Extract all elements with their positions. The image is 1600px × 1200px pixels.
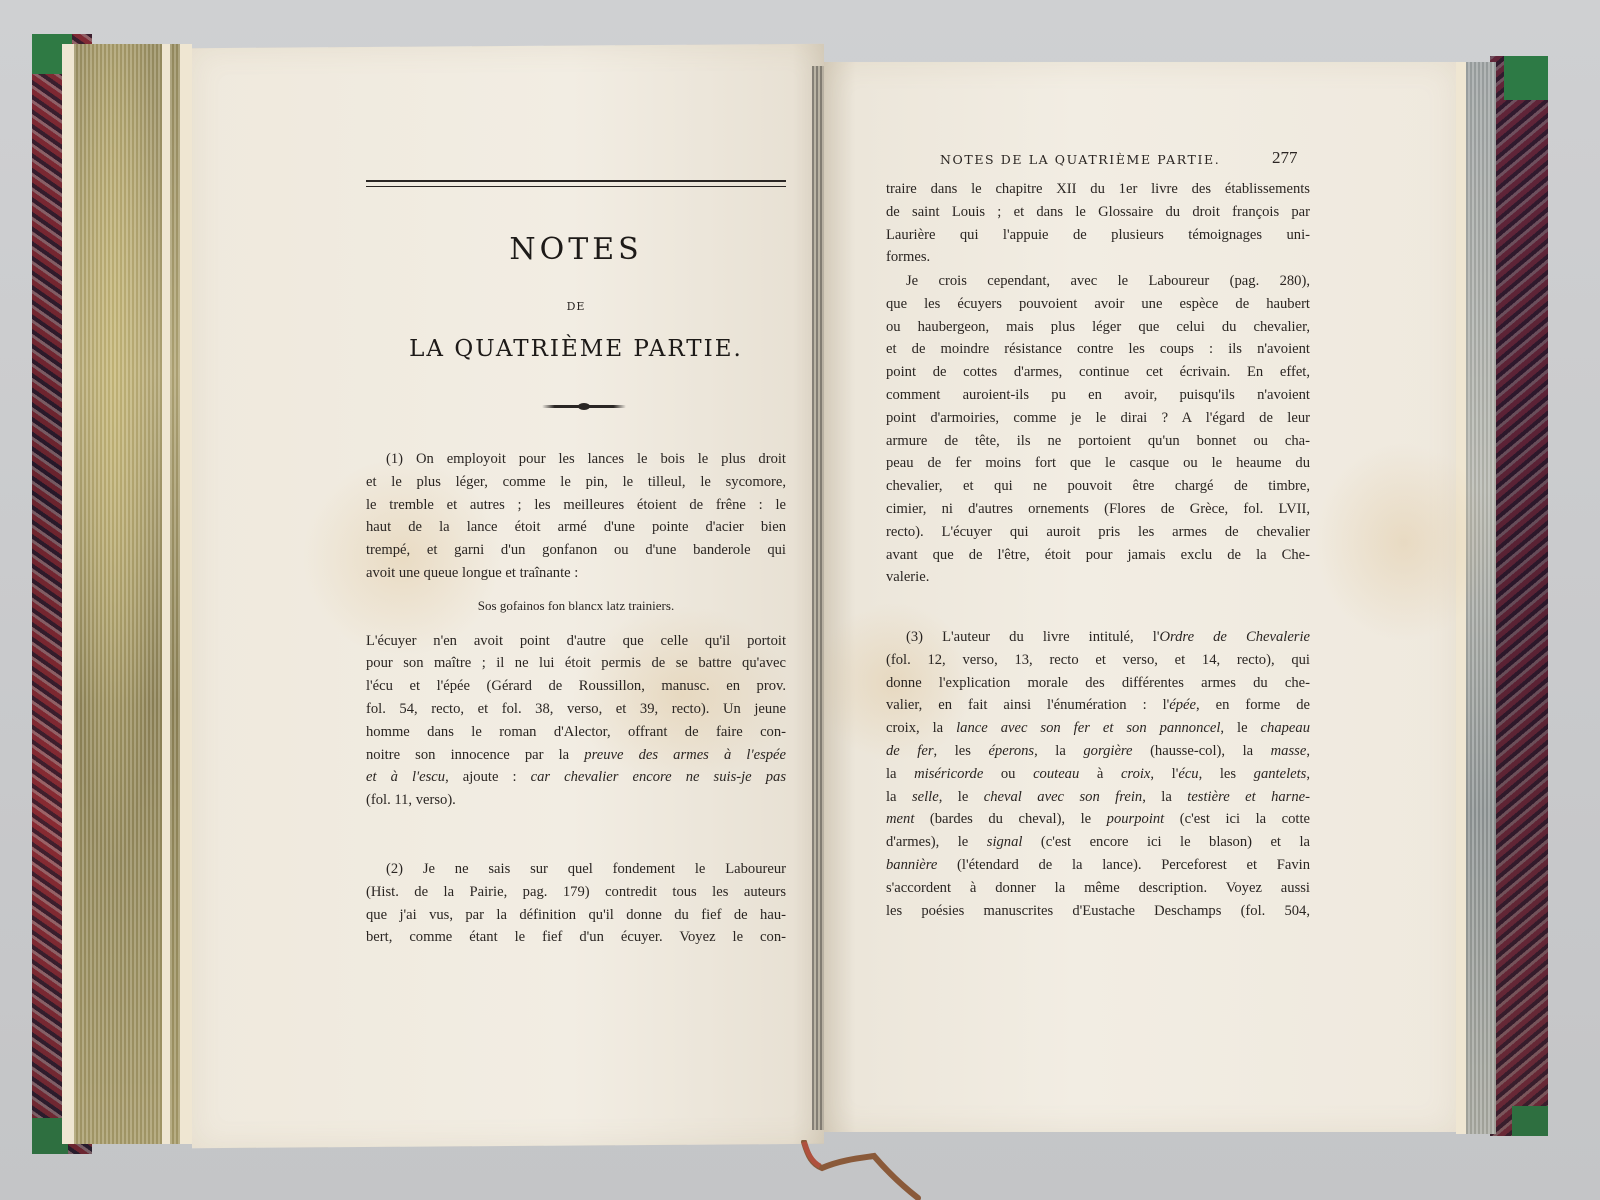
text-line: fol. 54, recto, et fol. 38, verso, et 39… — [366, 698, 786, 721]
text-run: (c'est encore ici le blason) et la — [1022, 834, 1310, 850]
text-line: que les écuyers pouvoient avoir une espè… — [886, 293, 1310, 316]
text-run: (bardes du cheval), le — [914, 811, 1106, 827]
note-1: (1) On employoit pour les lances le bois… — [366, 448, 786, 812]
text-line: (2) Je ne sais sur quel fondement le Lab… — [366, 858, 786, 881]
text-run: , le — [939, 789, 984, 805]
text-line: cimier, ni d'autres ornements (Flores de… — [886, 498, 1310, 521]
text-line: et de moindre résistance contre les coup… — [886, 338, 1310, 361]
page-block-edge-left — [62, 44, 192, 1144]
text-line: (1) On employoit pour les lances le bois… — [366, 448, 786, 471]
text-line: trempé, et garni d'un gonfanon ou d'une … — [366, 539, 786, 562]
text-line: noitre son innocence par la preuve des a… — [366, 744, 786, 767]
text-line: avant que de l'être, étoit pour jamais e… — [886, 544, 1310, 567]
text-line: (3) L'auteur du livre intitulé, l'Ordre … — [886, 626, 1310, 649]
text-line: la miséricorde ou couteau à croix, l'écu… — [886, 763, 1310, 786]
text-line: d'armes), le signal (c'est encore ici le… — [886, 831, 1310, 854]
text-line: croix, la lance avec son fer et son pann… — [886, 717, 1310, 740]
text-line: valier, en fait ainsi l'énumération : l'… — [886, 694, 1310, 717]
text-line: traire dans le chapitre XII du 1er livre… — [886, 178, 1310, 201]
text-line: point de cottes d'armes, continue cet éc… — [886, 361, 1310, 384]
text-run: ou — [983, 766, 1033, 782]
italic-run: masse — [1271, 743, 1307, 759]
italic-run: couteau — [1033, 766, 1079, 782]
ribbon-bookmark[interactable] — [800, 1140, 960, 1200]
text-line: chevalier, et qui ne pouvoit être chargé… — [886, 475, 1310, 498]
text-line: (fol. 11, verso). — [366, 789, 786, 812]
text-line: de saint Louis ; et dans le Glossaire du… — [886, 201, 1310, 224]
text-line: de fer, les éperons, la gorgière (hausse… — [886, 740, 1310, 763]
text-line: armure de tête, ils ne portoient qu'un b… — [886, 430, 1310, 453]
text-line: la selle, le cheval avec son frein, la t… — [886, 786, 1310, 809]
text-run: noitre son innocence par la — [366, 747, 584, 763]
verse-quote: Sos gofainos fon blancx latz trainiers. — [366, 595, 786, 618]
italic-run: bannière — [886, 857, 937, 873]
text-line: s'accordent à donner la même description… — [886, 877, 1310, 900]
italic-run: gantelets — [1254, 766, 1307, 782]
italic-run: chapeau — [1261, 720, 1310, 736]
text-run: , en forme de — [1196, 697, 1310, 713]
italic-run: selle — [912, 789, 939, 805]
foxing-stain — [1314, 442, 1494, 642]
text-run: (3) L'auteur du livre intitulé, l' — [906, 629, 1159, 645]
text-run: à — [1079, 766, 1121, 782]
text-line: avoit une queue longue et traînante : — [366, 562, 786, 585]
text-line: l'écu et l'épée (Gérard de Roussillon, m… — [366, 675, 786, 698]
text-run: , — [1306, 743, 1310, 759]
text-run: , — [1306, 766, 1310, 782]
text-run: la — [886, 766, 914, 782]
text-line: point d'armoiries, comme je le dirai ? A… — [886, 407, 1310, 430]
text-line: que j'ai vus, par la définition qu'il do… — [366, 904, 786, 927]
text-line: et à l'escu, ajoute : car chevalier enco… — [366, 766, 786, 789]
italic-run: Ordre de Chevalerie — [1159, 629, 1310, 645]
page-title: NOTES — [366, 232, 786, 267]
italic-run: épée — [1169, 697, 1196, 713]
text-run: , l' — [1150, 766, 1178, 782]
italic-run: éperons — [988, 743, 1034, 759]
text-line: (fol. 12, verso, 13, recto et verso, et … — [886, 649, 1310, 672]
marbled-cover-right — [1490, 56, 1548, 1136]
text-line: homme dans le roman d'Alector, offrant d… — [366, 721, 786, 744]
text-line: le tremble et autres ; les meilleures ét… — [366, 494, 786, 517]
italic-run: croix — [1121, 766, 1150, 782]
text-line: bert, comme étant le fief d'un écuyer. V… — [366, 926, 786, 949]
text-line: Laurière qui l'appuie de plusieurs témoi… — [886, 224, 1310, 247]
title-rule — [366, 180, 786, 187]
italic-run: et à l'escu — [366, 769, 445, 785]
italic-run: écu — [1178, 766, 1198, 782]
text-run: , la — [1034, 743, 1083, 759]
text-line: ou haubergeon, mais plus léger que celui… — [886, 316, 1310, 339]
italic-run: pourpoint — [1107, 811, 1165, 827]
text-line: comment auroient-ils pu en avoir, puisqu… — [886, 384, 1310, 407]
ornament-divider — [542, 405, 626, 408]
page-edge-strip — [180, 44, 192, 1144]
text-run: (hausse-col), la — [1133, 743, 1271, 759]
page-edge-strip — [62, 44, 74, 1144]
running-head: NOTES DE LA QUATRIÈME PARTIE. — [940, 152, 1240, 167]
text-run: (c'est ici la cotte — [1164, 811, 1310, 827]
page-number: 277 — [1272, 148, 1298, 168]
text-run: la — [886, 789, 912, 805]
page-subtitle: LA QUATRIÈME PARTIE. — [366, 336, 786, 362]
text-line: recto). L'écuyer qui auroit pris les arm… — [886, 521, 1310, 544]
text-line: formes. — [886, 246, 1310, 269]
italic-run: de fer — [886, 743, 934, 759]
italic-run: preuve des armes à l'espée — [584, 747, 786, 763]
page-edge-strip — [162, 44, 170, 1144]
note-2: (2) Je ne sais sur quel fondement le Lab… — [366, 858, 786, 949]
text-line: Je crois cependant, avec le Laboureur (p… — [886, 270, 1310, 293]
italic-run: gorgière — [1083, 743, 1132, 759]
italic-run: signal — [987, 834, 1023, 850]
text-run: , les — [1199, 766, 1254, 782]
text-line: bannière (l'étendard de la lance). Perce… — [886, 854, 1310, 877]
italic-run: miséricorde — [914, 766, 983, 782]
title-connector: DE — [366, 300, 786, 313]
italic-run: car chevalier encore ne suis-je pas — [531, 769, 786, 785]
text-line: ment (bardes du cheval), le pourpoint (c… — [886, 808, 1310, 831]
note-3: (3) L'auteur du livre intitulé, l'Ordre … — [886, 626, 1310, 922]
italic-run: testière et harne- — [1187, 789, 1310, 805]
italic-run: cheval avec son frein — [984, 789, 1142, 805]
text-line: L'écuyer n'en avoit point d'autre que ce… — [366, 630, 786, 653]
right-para-2: Je crois cependant, avec le Laboureur (p… — [886, 270, 1310, 589]
right-para-1: traire dans le chapitre XII du 1er livre… — [886, 178, 1310, 269]
text-line: pour son maître ; il ne lui étoit permis… — [366, 652, 786, 675]
text-run: , la — [1142, 789, 1187, 805]
text-line: valerie. — [886, 566, 1310, 589]
text-run: valier, en fait ainsi l'énumération : l' — [886, 697, 1169, 713]
text-line: les poésies manuscrites d'Eustache Desch… — [886, 900, 1310, 923]
text-line: donne l'explication morale des différent… — [886, 672, 1310, 695]
text-run: , le — [1220, 720, 1260, 736]
text-run: , ajoute : — [445, 769, 531, 785]
italic-run: lance avec son fer et son pannoncel — [956, 720, 1220, 736]
text-run: d'armes), le — [886, 834, 987, 850]
text-line: (Hist. de la Pairie, pag. 179) contredit… — [366, 881, 786, 904]
text-line: et le plus léger, comme le pin, le tille… — [366, 471, 786, 494]
text-line: haut de la lance étoit armé d'une pointe… — [366, 516, 786, 539]
italic-run: ment — [886, 811, 914, 827]
text-run: croix, la — [886, 720, 956, 736]
text-run: (l'étendard de la lance). Perceforest et… — [937, 857, 1310, 873]
text-line: peau de fer moins fort que le casque ou … — [886, 452, 1310, 475]
text-run: , les — [934, 743, 989, 759]
